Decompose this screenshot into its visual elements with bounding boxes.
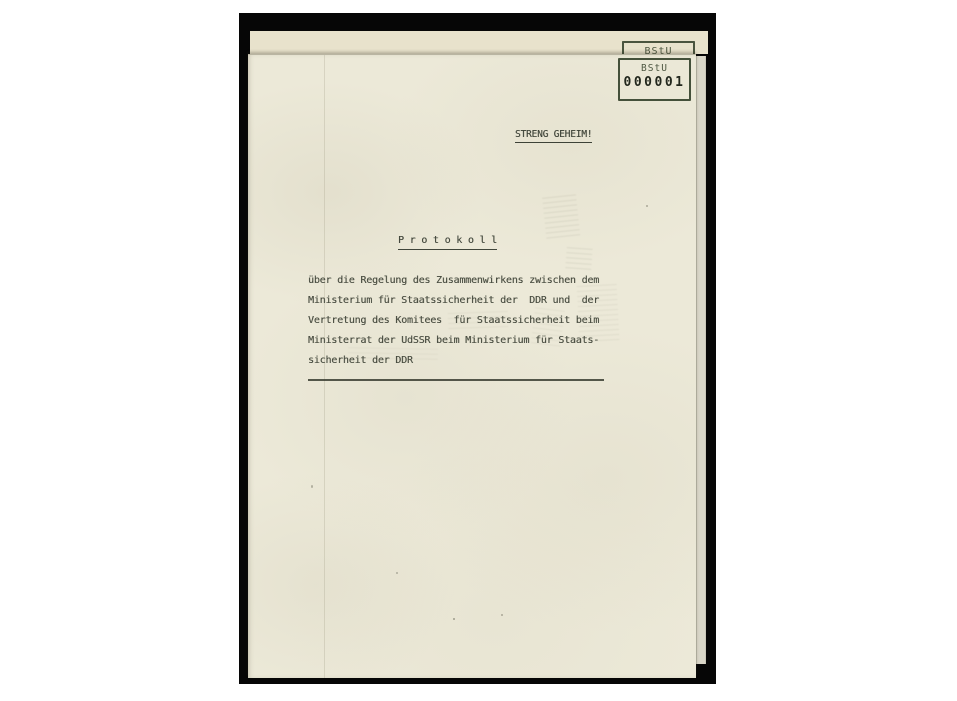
partial-stamp-label: BStU	[624, 46, 693, 54]
body-text-line: über die Regelung des Zusammenwirkens zw…	[308, 275, 599, 295]
paper-speck	[311, 485, 313, 488]
partial-bstu-stamp: BStU	[622, 41, 695, 54]
stamp-agency-label: BStU	[620, 63, 689, 74]
paper-speck	[646, 205, 648, 207]
ink-bleedthrough	[565, 246, 592, 270]
paper-speck	[396, 572, 398, 574]
body-text-line: Vertretung des Komitees für Staatssicher…	[308, 315, 599, 335]
underlying-page-right-edge	[696, 56, 706, 664]
scanned-document-view: BStU BStU 000001 STRENG GEHEIM! P r o t …	[0, 0, 957, 701]
document-page: BStU 000001 STRENG GEHEIM! P r o t o k o…	[248, 54, 696, 678]
body-text-line: Ministerium für Staatssicherheit der DDR…	[308, 295, 599, 315]
ink-bleedthrough	[542, 191, 580, 238]
bstu-archive-stamp: BStU 000001	[618, 58, 691, 101]
body-text-line: Ministerrat der UdSSR beim Ministerium f…	[308, 335, 599, 355]
paper-speck	[501, 614, 503, 616]
title-block-underline	[308, 379, 604, 381]
body-text-line: sicherheit der DDR	[308, 355, 413, 375]
underlying-page-edge: BStU	[250, 31, 708, 54]
paper-speck	[453, 618, 455, 620]
classification-marking: STRENG GEHEIM!	[515, 129, 592, 143]
stamp-page-number: 000001	[620, 75, 689, 90]
document-title: P r o t o k o l l	[398, 235, 497, 250]
